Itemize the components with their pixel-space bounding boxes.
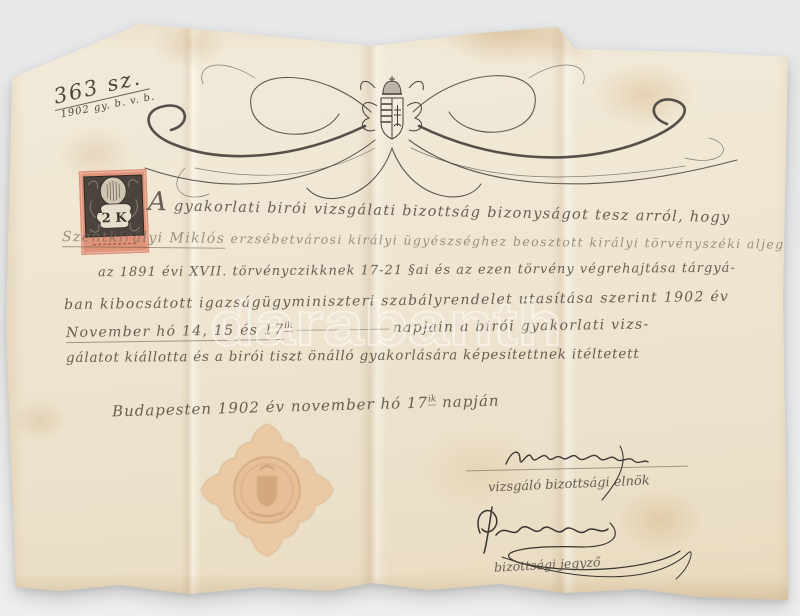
candidate-name: Szentkirályi Miklós [62,229,225,249]
candidate-description: erzsébetvárosi királyi ügyészséghez beos… [231,231,800,252]
darabanth-watermark: darabanth [208,294,568,356]
embossed-seal [197,420,337,560]
coat-of-arms-icon [361,76,424,139]
calligraphic-flourish-header [125,48,745,208]
watermark-text: darabanth [210,294,562,356]
photo-of-document: 363 sz. 1902 gy. b. v. b. [0,0,800,616]
date-suffix: ik [428,394,437,405]
certificate-paper: 363 sz. 1902 gy. b. v. b. [0,0,800,616]
paper-shadow-wrapper: 363 sz. 1902 gy. b. v. b. [0,0,800,616]
body-line-2: Szentkirályi Miklós erzsébetvárosi királ… [62,229,800,253]
secretary-signature: (olvashatatlan aláírás) [462,495,697,595]
date-main: Budapesten 1902 év november hó 17 [112,394,428,421]
body-line-3: az 1891 évi XVII. törvényczikknek 17-21 … [98,261,736,280]
stamp-value: 2 K [102,211,128,227]
date-line: Budapesten 1902 év november hó 17ik napj… [112,392,500,421]
date-tail: napján [442,392,500,412]
